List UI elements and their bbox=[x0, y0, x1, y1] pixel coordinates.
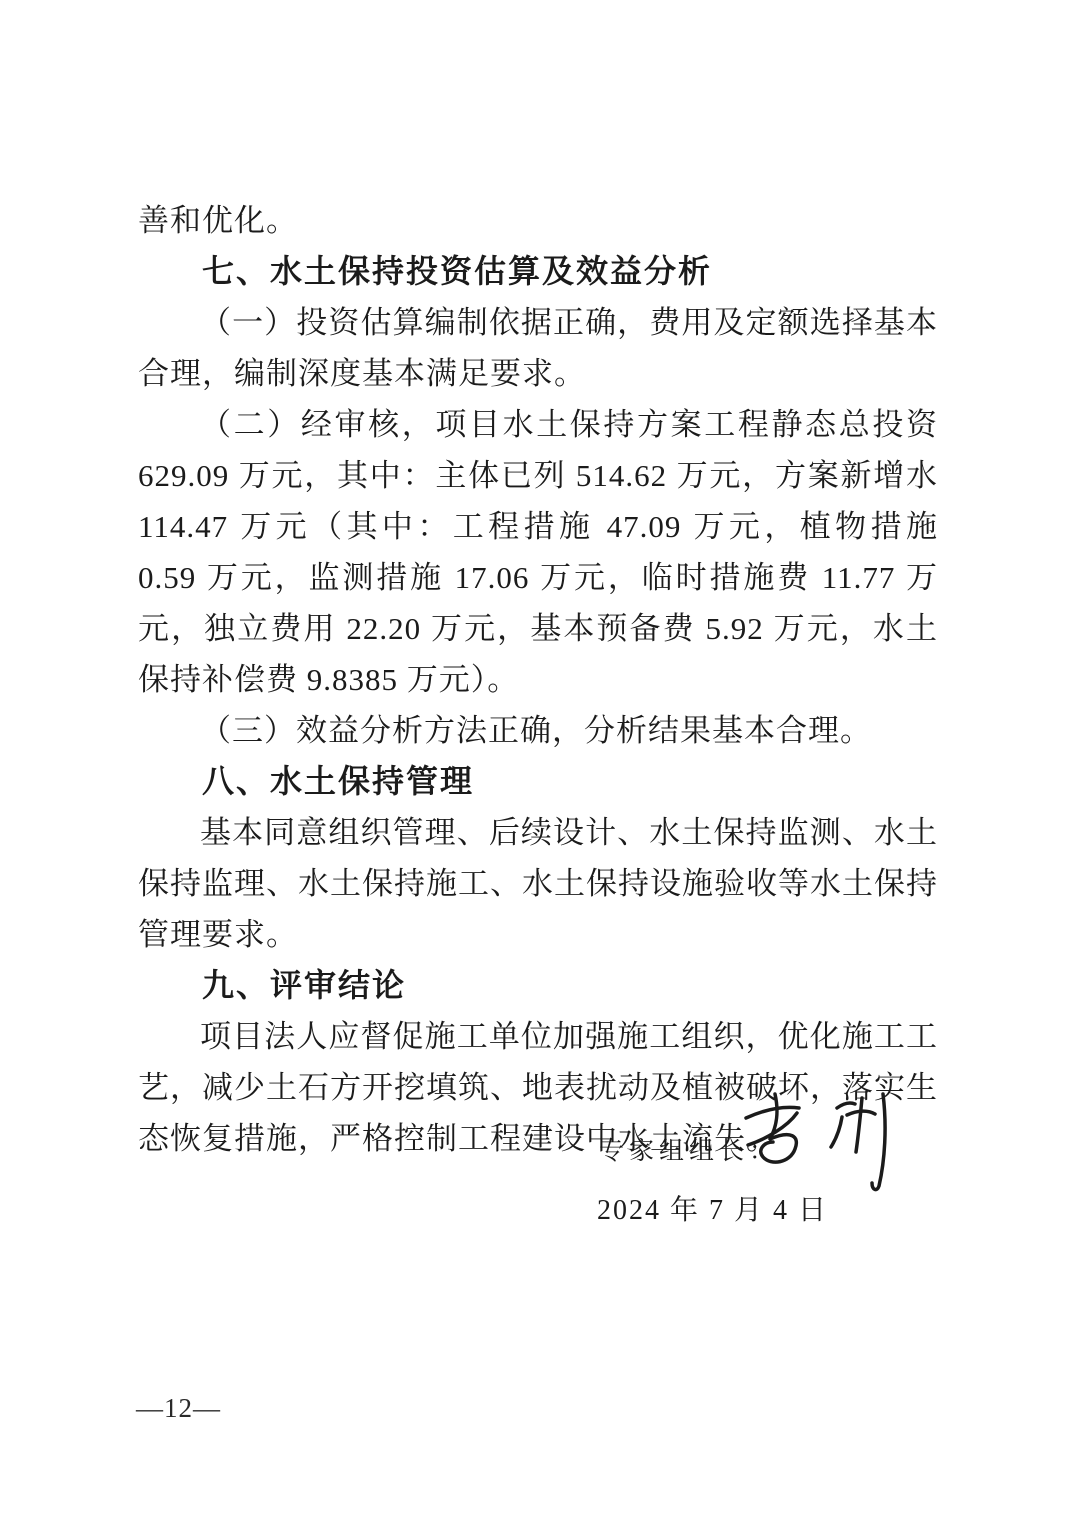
signature-date: 2024 年 7 月 4 日 bbox=[597, 1188, 828, 1228]
document-body: 善和优化。七、水土保持投资估算及效益分析（一）投资估算编制依据正确，费用及定额选… bbox=[138, 195, 938, 1164]
paragraph: 基本同意组织管理、后续设计、水土保持监测、水土保持监理、水土保持施工、水土保持设… bbox=[138, 807, 938, 960]
section-heading: 七、水土保持投资估算及效益分析 bbox=[138, 246, 938, 297]
paragraph: （一）投资估算编制依据正确，费用及定额选择基本合理，编制深度基本满足要求。 bbox=[138, 297, 938, 399]
paragraph: （三）效益分析方法正确，分析结果基本合理。 bbox=[138, 705, 938, 756]
handwritten-signature bbox=[736, 1086, 926, 1196]
paragraph: （二）经审核，项目水土保持方案工程静态总投资 629.09 万元，其中：主体已列… bbox=[138, 399, 938, 705]
paragraph: 善和优化。 bbox=[138, 195, 938, 246]
page-number: —12— bbox=[136, 1393, 221, 1424]
section-heading: 九、评审结论 bbox=[138, 960, 938, 1011]
section-heading: 八、水土保持管理 bbox=[138, 756, 938, 807]
document-page: 善和优化。七、水土保持投资估算及效益分析（一）投资估算编制依据正确，费用及定额选… bbox=[0, 0, 1074, 1520]
